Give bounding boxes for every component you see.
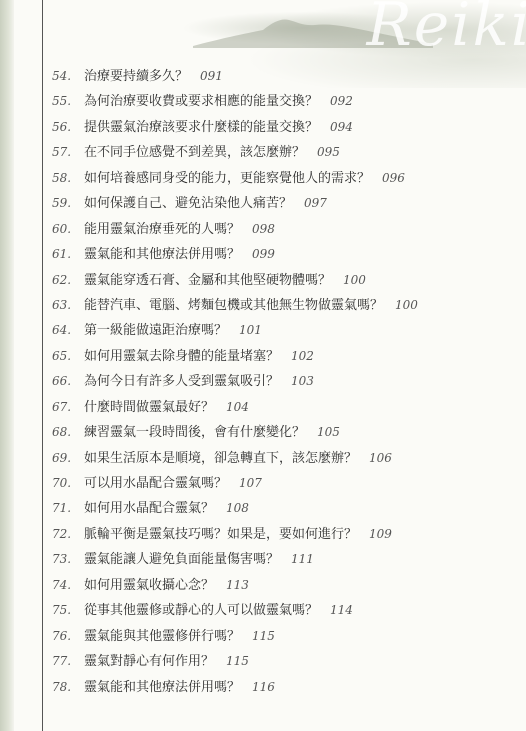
entry-number: 55.: [52, 89, 84, 114]
entry-number: 57.: [52, 140, 84, 165]
entry-number: 66.: [52, 369, 84, 394]
entry-page-number: 115: [226, 654, 249, 668]
entry-title: 如何用靈氣收攝心念？: [84, 578, 214, 593]
toc-entry[interactable]: 68.練習靈氣一段時間後，會有什麼變化？105: [52, 420, 512, 445]
entry-number: 72.: [52, 522, 84, 547]
entry-number: 59.: [52, 191, 84, 216]
entry-number: 70.: [52, 471, 84, 496]
reiki-watermark: Reiki: [367, 0, 526, 60]
toc-entry[interactable]: 78.靈氣能和其他療法併用嗎？116: [52, 675, 512, 700]
entry-page-number: 098: [252, 222, 275, 236]
entry-page-number: 104: [226, 400, 249, 414]
entry-page-number: 095: [317, 145, 340, 159]
entry-page-number: 099: [252, 247, 275, 261]
entry-title: 靈氣能與其他靈修併行嗎？: [84, 629, 240, 644]
entry-number: 62.: [52, 268, 84, 293]
entry-number: 77.: [52, 649, 84, 674]
entry-title: 靈氣對靜心有何作用？: [84, 654, 214, 669]
entry-title: 靈氣能讓人避免負面能量傷害嗎？: [84, 552, 279, 567]
entry-page-number: 115: [252, 629, 275, 643]
entry-page-number: 097: [304, 196, 327, 210]
toc-entry[interactable]: 70.可以用水晶配合靈氣嗎？107: [52, 471, 512, 496]
entry-page-number: 100: [395, 298, 418, 312]
entry-title: 能替汽車、電腦、烤麵包機或其他無生物做靈氣嗎？: [84, 298, 383, 313]
entry-title: 治療要持續多久？: [84, 69, 188, 84]
toc-entry[interactable]: 62.靈氣能穿透石膏、金屬和其他堅硬物體嗎？100: [52, 268, 512, 293]
entry-page-number: 111: [291, 552, 314, 566]
toc-entry[interactable]: 77.靈氣對靜心有何作用？115: [52, 649, 512, 674]
entry-title: 靈氣能穿透石膏、金屬和其他堅硬物體嗎？: [84, 273, 331, 288]
toc-entry[interactable]: 73.靈氣能讓人避免負面能量傷害嗎？111: [52, 547, 512, 572]
toc-entry[interactable]: 59.如何保護自己、避免沾染他人痛苦？097: [52, 191, 512, 216]
entry-page-number: 103: [291, 374, 314, 388]
entry-page-number: 116: [252, 680, 275, 694]
entry-title: 為何治療要收費或要求相應的能量交換？: [84, 94, 318, 109]
entry-number: 69.: [52, 446, 84, 471]
entry-title: 如何用靈氣去除身體的能量堵塞？: [84, 349, 279, 364]
entry-number: 75.: [52, 598, 84, 623]
entry-page-number: 100: [343, 273, 366, 287]
entry-title: 如果生活原本是順境，卻急轉直下，該怎麼辦？: [84, 451, 357, 466]
toc-entry[interactable]: 71.如何用水晶配合靈氣？108: [52, 496, 512, 521]
toc-entry[interactable]: 63.能替汽車、電腦、烤麵包機或其他無生物做靈氣嗎？100: [52, 293, 512, 318]
entry-number: 64.: [52, 318, 84, 343]
entry-title: 提供靈氣治療該要求什麼樣的能量交換？: [84, 120, 318, 135]
toc-entry[interactable]: 74.如何用靈氣收攝心念？113: [52, 573, 512, 598]
entry-page-number: 102: [291, 349, 314, 363]
margin-rule: [42, 0, 43, 731]
entry-title: 可以用水晶配合靈氣嗎？: [84, 476, 227, 491]
entry-number: 71.: [52, 496, 84, 521]
entry-page-number: 107: [239, 476, 262, 490]
entry-title: 靈氣能和其他療法併用嗎？: [84, 680, 240, 695]
entry-number: 60.: [52, 217, 84, 242]
entry-number: 63.: [52, 293, 84, 318]
toc-entry[interactable]: 65.如何用靈氣去除身體的能量堵塞？102: [52, 344, 512, 369]
toc-entry[interactable]: 57.在不同手位感覺不到差異，該怎麼辦？095: [52, 140, 512, 165]
entry-title: 從事其他靈修或靜心的人可以做靈氣嗎？: [84, 603, 318, 618]
entry-title: 練習靈氣一段時間後，會有什麼變化？: [84, 425, 305, 440]
toc-entry[interactable]: 72.脈輪平衡是靈氣技巧嗎？如果是，要如何進行？109: [52, 522, 512, 547]
entry-number: 78.: [52, 675, 84, 700]
toc-entry[interactable]: 76.靈氣能與其他靈修併行嗎？115: [52, 624, 512, 649]
entry-number: 56.: [52, 115, 84, 140]
toc-entry[interactable]: 58.如何培養感同身受的能力，更能察覺他人的需求？096: [52, 166, 512, 191]
entry-title: 為何今日有許多人受到靈氣吸引？: [84, 374, 279, 389]
entry-title: 如何保護自己、避免沾染他人痛苦？: [84, 196, 292, 211]
toc-entry[interactable]: 69.如果生活原本是順境，卻急轉直下，該怎麼辦？106: [52, 446, 512, 471]
toc-entry[interactable]: 66.為何今日有許多人受到靈氣吸引？103: [52, 369, 512, 394]
entry-number: 58.: [52, 166, 84, 191]
entry-page-number: 096: [382, 171, 405, 185]
entry-number: 61.: [52, 242, 84, 267]
book-spine-edge: [0, 0, 14, 731]
entry-page-number: 113: [226, 578, 249, 592]
entry-page-number: 091: [200, 69, 223, 83]
entry-title: 脈輪平衡是靈氣技巧嗎？如果是，要如何進行？: [84, 527, 357, 542]
toc-entry[interactable]: 55.為何治療要收費或要求相應的能量交換？092: [52, 89, 512, 114]
toc-entry[interactable]: 56.提供靈氣治療該要求什麼樣的能量交換？094: [52, 115, 512, 140]
entry-number: 67.: [52, 395, 84, 420]
entry-page-number: 101: [239, 323, 262, 337]
toc-entry[interactable]: 64.第一級能做遠距治療嗎？101: [52, 318, 512, 343]
entry-number: 65.: [52, 344, 84, 369]
entry-number: 68.: [52, 420, 84, 445]
toc-entry[interactable]: 54.治療要持續多久？091: [52, 64, 512, 89]
entry-number: 54.: [52, 64, 84, 89]
entry-title: 能用靈氣治療垂死的人嗎？: [84, 222, 240, 237]
toc-entry[interactable]: 75.從事其他靈修或靜心的人可以做靈氣嗎？114: [52, 598, 512, 623]
entry-number: 73.: [52, 547, 84, 572]
toc-entry[interactable]: 61.靈氣能和其他療法併用嗎？099: [52, 242, 512, 267]
entry-page-number: 092: [330, 94, 353, 108]
entry-title: 如何用水晶配合靈氣？: [84, 501, 214, 516]
entry-page-number: 105: [317, 425, 340, 439]
entry-number: 74.: [52, 573, 84, 598]
table-of-contents: 54.治療要持續多久？09155.為何治療要收費或要求相應的能量交換？09256…: [52, 64, 512, 700]
entry-title: 第一級能做遠距治療嗎？: [84, 323, 227, 338]
entry-title: 什麼時間做靈氣最好？: [84, 400, 214, 415]
entry-title: 靈氣能和其他療法併用嗎？: [84, 247, 240, 262]
entry-title: 在不同手位感覺不到差異，該怎麼辦？: [84, 145, 305, 160]
entry-page-number: 106: [369, 451, 392, 465]
toc-entry[interactable]: 67.什麼時間做靈氣最好？104: [52, 395, 512, 420]
entry-title: 如何培養感同身受的能力，更能察覺他人的需求？: [84, 171, 370, 186]
entry-page-number: 114: [330, 603, 353, 617]
entry-page-number: 108: [226, 501, 249, 515]
entry-page-number: 094: [330, 120, 353, 134]
entry-page-number: 109: [369, 527, 392, 541]
entry-number: 76.: [52, 624, 84, 649]
toc-entry[interactable]: 60.能用靈氣治療垂死的人嗎？098: [52, 217, 512, 242]
